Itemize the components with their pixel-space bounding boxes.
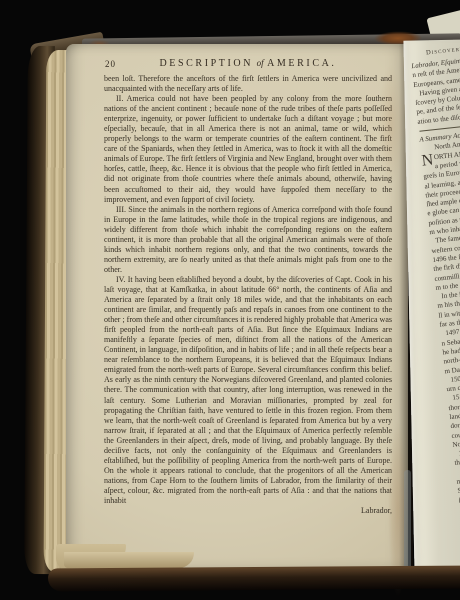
book-bottom-edge [48,566,460,592]
title-word: DESCRIPTION [159,58,253,69]
gutter-edge-highlight [404,470,411,574]
title-word: AMERICA. [267,58,336,69]
right-page-content: Discovery Labrador, Eſquimaux n reſt of … [403,39,460,506]
paragraph: III. Since the animals in the northern r… [104,205,392,275]
right-running-head: Discovery [426,45,460,57]
paragraph: IV. It having been eſtabliſhed beyond a … [104,275,392,506]
page-title: DESCRIPTION of AMERICA. [104,58,392,69]
paragraph: been loſt. Therefore the anceſtors of th… [104,74,392,94]
photo-background: 20 DESCRIPTION of AMERICA. been loſt. Th… [0,0,460,600]
right-page-text-line [419,125,460,132]
page-body-text: been loſt. Therefore the anceſtors of th… [104,74,392,506]
title-connector: of [256,58,265,68]
paragraph: II. America could not have been peopled … [104,94,392,205]
catchword: Labrador, [104,506,392,515]
running-header: 20 DESCRIPTION of AMERICA. [104,58,392,70]
book-left-page: 20 DESCRIPTION of AMERICA. been loſt. Th… [66,44,408,574]
page-bottom-curl [64,552,194,568]
right-page-lines: Labrador, Eſquimaux n reſt of the Amer E… [411,55,460,505]
